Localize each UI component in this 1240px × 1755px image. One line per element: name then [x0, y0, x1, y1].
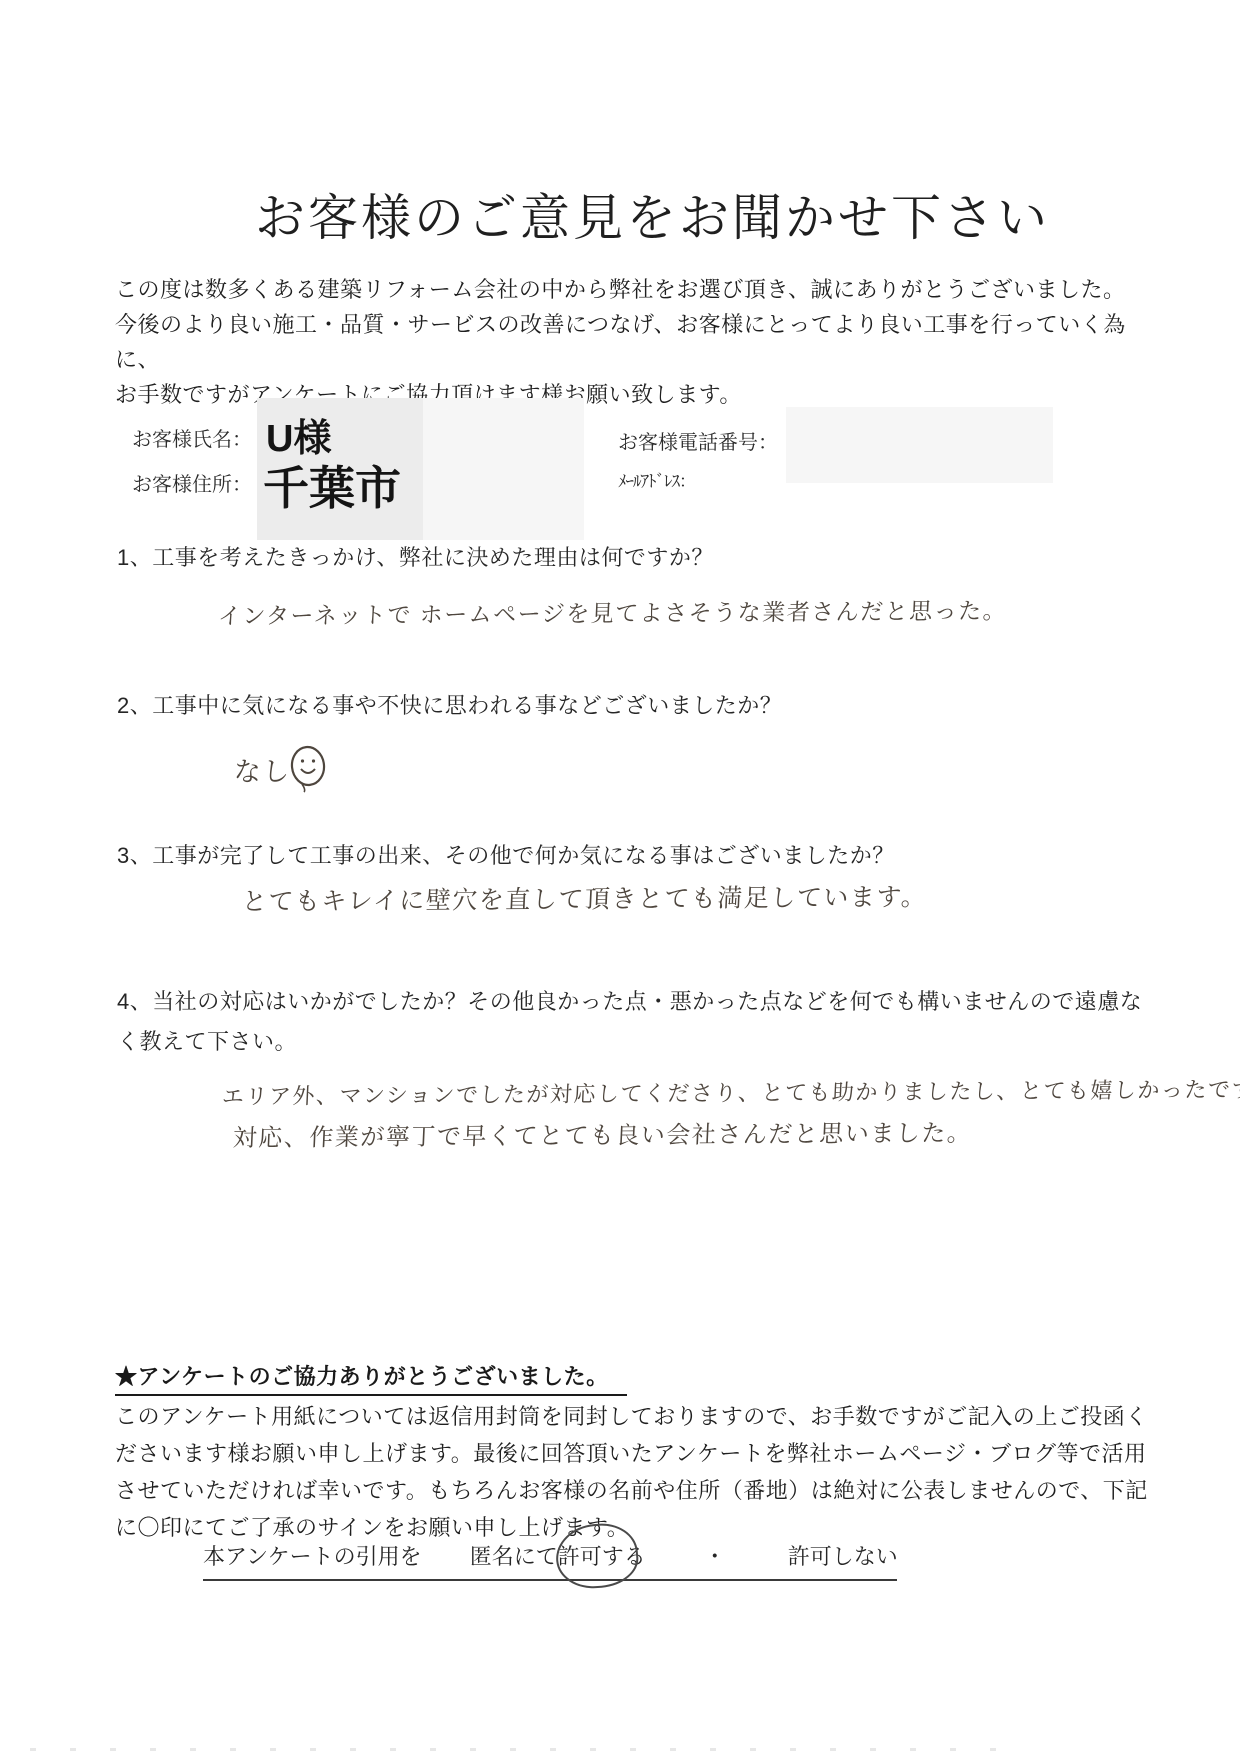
- consent-option-deny: 許可しない: [788, 1540, 898, 1571]
- footer-line: このアンケート用紙については返信用封筒を同封しておりますので、お手数ですがご記入…: [115, 1398, 1148, 1435]
- intro-line: 今後のより良い施工・品質・サービスの改善につなげ、お客様にとってより良い工事を行…: [115, 307, 1145, 377]
- footer-line: させていただければ幸いです。もちろんお客様の名前や住所（番地）は絶対に公表しませ…: [115, 1472, 1148, 1509]
- customer-email-label: ﾒｰﾙｱﾄﾞﾚｽ：: [618, 467, 695, 492]
- name-field-highlight-light: [423, 398, 584, 540]
- scan-artifact: [30, 1748, 1030, 1751]
- question-2-answer: なし: [233, 750, 292, 789]
- customer-address-label: お客様住所：: [132, 468, 252, 497]
- footer-paragraph: このアンケート用紙については返信用封筒を同封しておりますので、お手数ですがご記入…: [115, 1398, 1148, 1546]
- question-4-text: 4、当社の対応はいかがでしたか？その他良かった点・悪かった点などを何でも構いませ…: [117, 982, 1157, 1062]
- question-3-answer: とてもキレイに壁穴を直して頂きとても満足しています。: [241, 877, 928, 918]
- consent-separator: ・: [704, 1540, 726, 1571]
- intro-line: この度は数多くある建築リフォーム会社の中から弊社をお選び頂き、誠にありがとうござ…: [115, 272, 1145, 307]
- question-3-text: 3、工事が完了して工事の出来、その他で何か気になる事はございましたか？: [117, 836, 895, 876]
- question-4-answer-line-2: 対応、作業が寧丁で早くてとても良い会社さんだと思いました。: [232, 1113, 973, 1153]
- intro-paragraph: この度は数多くある建築リフォーム会社の中から弊社をお選び頂き、誠にありがとうござ…: [115, 272, 1145, 412]
- customer-phone-label: お客様電話番号：: [618, 426, 778, 455]
- consent-prefix: 本アンケートの引用を: [203, 1540, 422, 1571]
- consent-line: 本アンケートの引用を 匿名にて許可する ・ 許可しない: [203, 1540, 897, 1581]
- smiley-face-icon: [288, 742, 330, 794]
- contact-field-highlight: [786, 407, 1053, 483]
- footer-line: ださいます様お願い申し上げます。最後に回答頂いたアンケートを弊社ホームページ・ブ…: [115, 1435, 1148, 1472]
- question-2-text: 2、工事中に気になる事や不快に思われる事などございましたか？: [117, 686, 782, 726]
- survey-scan-page: お客様のご意見をお聞かせ下さい この度は数多くある建築リフォーム会社の中から弊社…: [0, 0, 1240, 1755]
- question-1-text: 1、工事を考えたきっかけ、弊社に決めた理由は何ですか？: [117, 538, 714, 578]
- question-4-answer-line-1: エリア外、マンションでしたが対応してくださり、とても助かりましたし、とても嬉しか…: [221, 1073, 1240, 1111]
- customer-name-label: お客様氏名：: [132, 423, 252, 452]
- customer-address-value: 千葉市: [263, 452, 401, 518]
- question-1-answer: インターネットで ホームページを見てよさそうな業者さんだと思った。: [217, 592, 1008, 631]
- page-title: お客様のご意見をお聞かせ下さい: [255, 178, 1050, 250]
- footer-heading: ★アンケートのご協力ありがとうございました。: [115, 1360, 627, 1396]
